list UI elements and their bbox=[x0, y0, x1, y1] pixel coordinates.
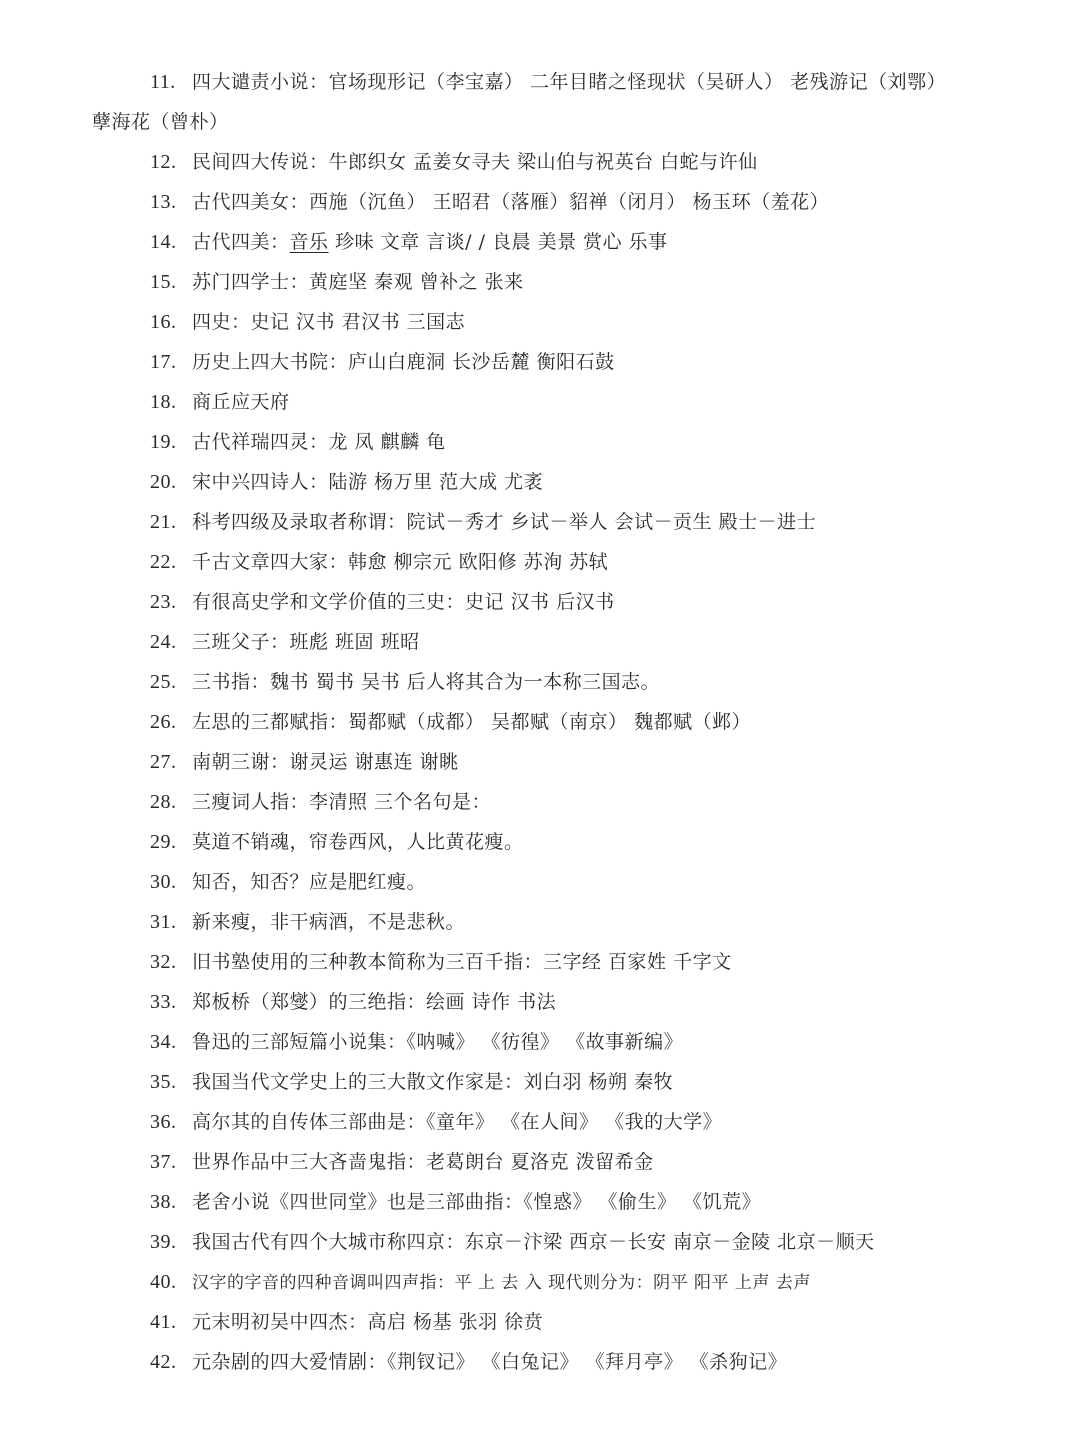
item-text: 元末明初吴中四杰：高启 杨基 张羽 徐贲 bbox=[192, 1311, 543, 1333]
item-text: 高尔其的自传体三部曲是：《童年》 《在人间》 《我的大学》 bbox=[192, 1111, 722, 1133]
list-item: 13.古代四美女：西施（沉鱼） 王昭君（落雁）貂禅（闭月） 杨玉环（羞花） bbox=[150, 188, 829, 216]
item-text: 世界作品中三大吝啬鬼指：老葛朗台 夏洛克 泼留希金 bbox=[192, 1151, 654, 1173]
item-number: 40. bbox=[150, 1268, 192, 1296]
item-number: 18. bbox=[150, 388, 192, 416]
item-number: 41. bbox=[150, 1308, 192, 1336]
list-item: 18.商丘应天府 bbox=[150, 388, 290, 416]
item-text: 我国当代文学史上的三大散文作家是：刘白羽 杨朔 秦牧 bbox=[192, 1071, 673, 1093]
list-item: 37.世界作品中三大吝啬鬼指：老葛朗台 夏洛克 泼留希金 bbox=[150, 1148, 654, 1176]
list-item: 39.我国古代有四个大城市称四京：东京－汴梁 西京－长安 南京－金陵 北京－顺天 bbox=[150, 1228, 875, 1256]
item-number: 26. bbox=[150, 708, 192, 736]
item-text: 千古文章四大家：韩愈 柳宗元 欧阳修 苏洵 苏轼 bbox=[192, 551, 608, 573]
item-number: 36. bbox=[150, 1108, 192, 1136]
item-text: 四大谴责小说：官场现形记（李宝嘉） 二年目睹之怪现状（吴研人） 老残游记（刘鄂） bbox=[192, 71, 946, 93]
list-item: 31.新来瘦，非干病酒，不是悲秋。 bbox=[150, 908, 465, 936]
list-item: 11.四大谴责小说：官场现形记（李宝嘉） 二年目睹之怪现状（吴研人） 老残游记（… bbox=[150, 68, 946, 96]
list-item: 19.古代祥瑞四灵：龙 凤 麒麟 龟 bbox=[150, 428, 446, 456]
list-item: 32.旧书塾使用的三种教本简称为三百千指：三字经 百家姓 千字文 bbox=[150, 948, 732, 976]
item-number: 12. bbox=[150, 148, 192, 176]
list-item: 30.知否，知否？应是肥红瘦。 bbox=[150, 868, 426, 896]
item-text: 旧书塾使用的三种教本简称为三百千指：三字经 百家姓 千字文 bbox=[192, 951, 732, 973]
item-number: 21. bbox=[150, 508, 192, 536]
item-number: 37. bbox=[150, 1148, 192, 1176]
item-text: 我国古代有四个大城市称四京：东京－汴梁 西京－长安 南京－金陵 北京－顺天 bbox=[192, 1231, 875, 1253]
item-number: 22. bbox=[150, 548, 192, 576]
item-number: 29. bbox=[150, 828, 192, 856]
list-item: 23.有很高史学和文学价值的三史：史记 汉书 后汉书 bbox=[150, 588, 615, 616]
item-text: 莫道不销魂，帘卷西风，人比黄花瘦。 bbox=[192, 831, 524, 853]
list-item: 40.汉字的字音的四种音调叫四声指：平 上 去 入 现代则分为：阴平 阳平 上声… bbox=[150, 1268, 811, 1297]
item-number: 31. bbox=[150, 908, 192, 936]
list-item: 17.历史上四大书院：庐山白鹿洞 长沙岳麓 衡阳石鼓 bbox=[150, 348, 615, 376]
list-item: 21.科考四级及录取者称谓：院试－秀才 乡试－举人 会试－贡生 殿士－进士 bbox=[150, 508, 816, 536]
list-item: 42.元杂剧的四大爱情剧：《荆钗记》 《白兔记》 《拜月亭》 《杀狗记》 bbox=[150, 1348, 787, 1376]
item-text: 珍味 文章 言谈/ / 良晨 美景 赏心 乐事 bbox=[329, 231, 668, 253]
list-item: 28.三瘦词人指：李清照 三个名句是： bbox=[150, 788, 491, 816]
item-number: 42. bbox=[150, 1348, 192, 1376]
item-number: 19. bbox=[150, 428, 192, 456]
item-text: 古代祥瑞四灵：龙 凤 麒麟 龟 bbox=[192, 431, 446, 453]
item-text: 知否，知否？应是肥红瘦。 bbox=[192, 871, 426, 893]
list-item: 26.左思的三都赋指：蜀都赋（成都） 吴都赋（南京） 魏都赋（邺） bbox=[150, 708, 751, 736]
item-number: 13. bbox=[150, 188, 192, 216]
list-item: 14.古代四美：音乐 珍味 文章 言谈/ / 良晨 美景 赏心 乐事 bbox=[150, 228, 668, 256]
list-item: 41.元末明初吴中四杰：高启 杨基 张羽 徐贲 bbox=[150, 1308, 543, 1336]
item-number: 39. bbox=[150, 1228, 192, 1256]
item-number: 23. bbox=[150, 588, 192, 616]
item-number: 17. bbox=[150, 348, 192, 376]
list-item: 22.千古文章四大家：韩愈 柳宗元 欧阳修 苏洵 苏轼 bbox=[150, 548, 608, 576]
item-text: 鲁迅的三部短篇小说集：《呐喊》 《彷徨》 《故事新编》 bbox=[192, 1031, 683, 1053]
item-text: 汉字的字音的四种音调叫四声指：平 上 去 入 现代则分为：阴平 阳平 上声 去声 bbox=[192, 1273, 811, 1293]
list-item: 29.莫道不销魂，帘卷西风，人比黄花瘦。 bbox=[150, 828, 524, 856]
item-number: 11. bbox=[150, 68, 192, 96]
document-page: 11.四大谴责小说：官场现形记（李宝嘉） 二年目睹之怪现状（吴研人） 老残游记（… bbox=[0, 0, 1080, 1440]
item-number: 30. bbox=[150, 868, 192, 896]
item-text: 宋中兴四诗人：陆游 杨万里 范大成 尤袤 bbox=[192, 471, 543, 493]
item-text: 苏门四学士：黄庭坚 秦观 曾补之 张来 bbox=[192, 271, 524, 293]
item-text: 郑板桥（郑燮）的三绝指：绘画 诗作 书法 bbox=[192, 991, 556, 1013]
item-number: 14. bbox=[150, 228, 192, 256]
item-number: 35. bbox=[150, 1068, 192, 1096]
item-text: 左思的三都赋指：蜀都赋（成都） 吴都赋（南京） 魏都赋（邺） bbox=[192, 711, 751, 733]
list-item: 27.南朝三谢：谢灵运 谢惠连 谢眺 bbox=[150, 748, 459, 776]
list-item: 24.三班父子：班彪 班固 班昭 bbox=[150, 628, 420, 656]
item-number: 15. bbox=[150, 268, 192, 296]
item-text: 新来瘦，非干病酒，不是悲秋。 bbox=[192, 911, 465, 933]
item-text: 四史：史记 汉书 君汉书 三国志 bbox=[192, 311, 465, 333]
item-prefix: 古代四美： bbox=[192, 231, 290, 253]
item-number: 34. bbox=[150, 1028, 192, 1056]
item-text: 南朝三谢：谢灵运 谢惠连 谢眺 bbox=[192, 751, 459, 773]
item-text: 元杂剧的四大爱情剧：《荆钗记》 《白兔记》 《拜月亭》 《杀狗记》 bbox=[192, 1351, 787, 1373]
list-item: 36.高尔其的自传体三部曲是：《童年》 《在人间》 《我的大学》 bbox=[150, 1108, 722, 1136]
item-number: 38. bbox=[150, 1188, 192, 1216]
list-item: 33.郑板桥（郑燮）的三绝指：绘画 诗作 书法 bbox=[150, 988, 556, 1016]
list-item-continuation: 孽海花（曾朴） bbox=[92, 108, 229, 136]
list-item: 34.鲁迅的三部短篇小说集：《呐喊》 《彷徨》 《故事新编》 bbox=[150, 1028, 683, 1056]
item-number: 32. bbox=[150, 948, 192, 976]
item-number: 24. bbox=[150, 628, 192, 656]
item-text: 有很高史学和文学价值的三史：史记 汉书 后汉书 bbox=[192, 591, 615, 613]
list-item: 38.老舍小说《四世同堂》也是三部曲指：《惶惑》 《偷生》 《饥荒》 bbox=[150, 1188, 761, 1216]
list-item: 15.苏门四学士：黄庭坚 秦观 曾补之 张来 bbox=[150, 268, 524, 296]
item-text: 老舍小说《四世同堂》也是三部曲指：《惶惑》 《偷生》 《饥荒》 bbox=[192, 1191, 761, 1213]
item-number: 27. bbox=[150, 748, 192, 776]
item-text: 科考四级及录取者称谓：院试－秀才 乡试－举人 会试－贡生 殿士－进士 bbox=[192, 511, 816, 533]
list-item: 16.四史：史记 汉书 君汉书 三国志 bbox=[150, 308, 465, 336]
list-item: 25.三书指：魏书 蜀书 吴书 后人将其合为一本称三国志。 bbox=[150, 668, 660, 696]
item-text: 商丘应天府 bbox=[192, 391, 290, 413]
item-text: 三瘦词人指：李清照 三个名句是： bbox=[192, 791, 491, 813]
list-item: 20.宋中兴四诗人：陆游 杨万里 范大成 尤袤 bbox=[150, 468, 543, 496]
item-number: 28. bbox=[150, 788, 192, 816]
list-item: 35.我国当代文学史上的三大散文作家是：刘白羽 杨朔 秦牧 bbox=[150, 1068, 673, 1096]
item-text: 历史上四大书院：庐山白鹿洞 长沙岳麓 衡阳石鼓 bbox=[192, 351, 615, 373]
item-number: 25. bbox=[150, 668, 192, 696]
list-item: 12.民间四大传说：牛郎织女 孟姜女寻夫 梁山伯与祝英台 白蛇与许仙 bbox=[150, 148, 758, 176]
item-number: 20. bbox=[150, 468, 192, 496]
item-text: 三班父子：班彪 班固 班昭 bbox=[192, 631, 420, 653]
item-text: 民间四大传说：牛郎织女 孟姜女寻夫 梁山伯与祝英台 白蛇与许仙 bbox=[192, 151, 758, 173]
item-text: 三书指：魏书 蜀书 吴书 后人将其合为一本称三国志。 bbox=[192, 671, 660, 693]
underlined-text: 音乐 bbox=[290, 231, 329, 253]
item-number: 16. bbox=[150, 308, 192, 336]
item-number: 33. bbox=[150, 988, 192, 1016]
item-text: 古代四美女：西施（沉鱼） 王昭君（落雁）貂禅（闭月） 杨玉环（羞花） bbox=[192, 191, 829, 213]
